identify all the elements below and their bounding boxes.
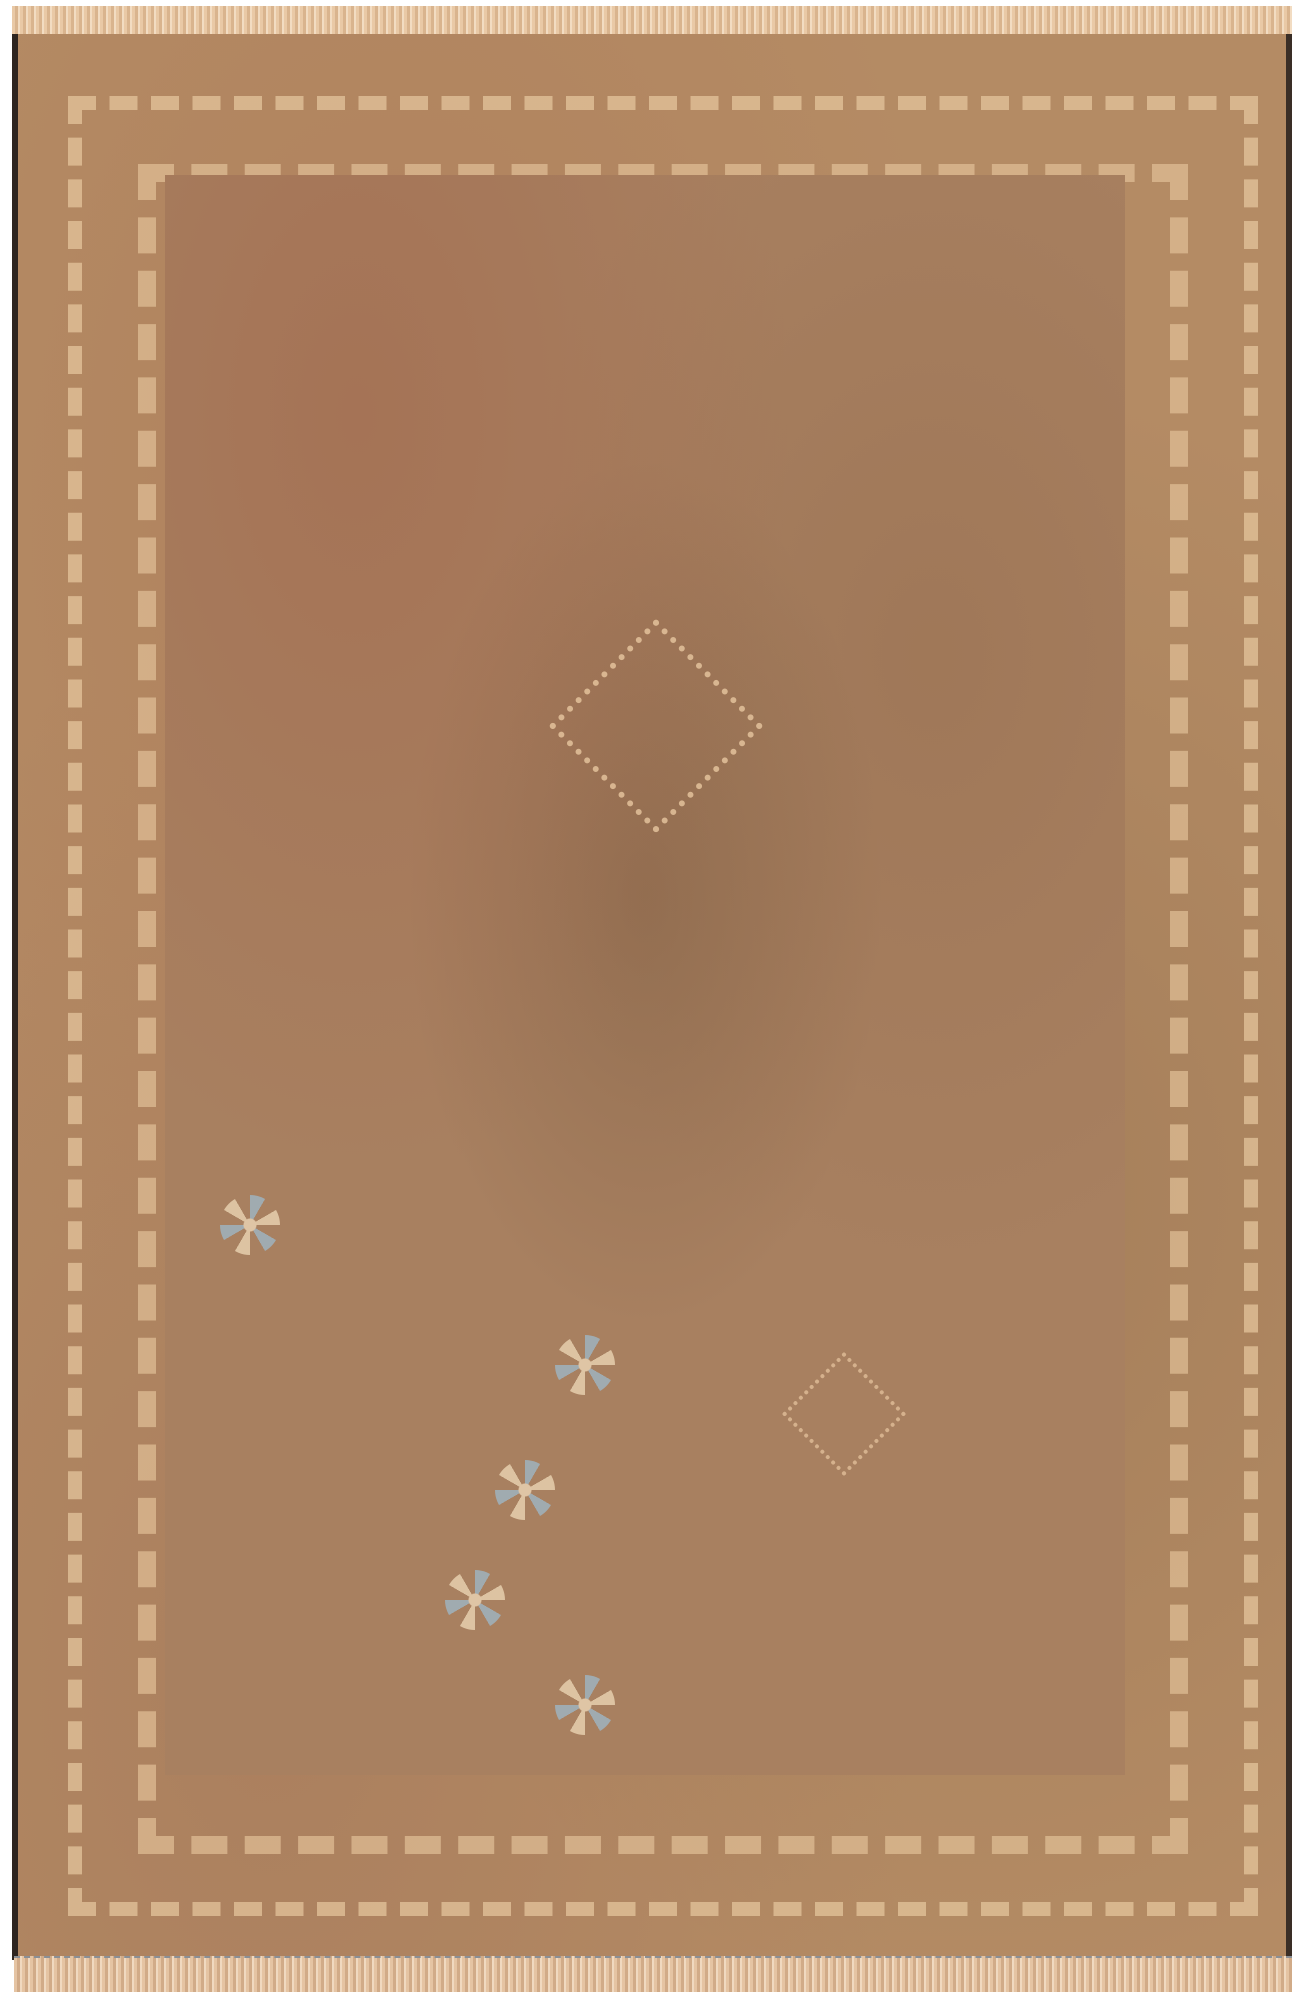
- flower-motif: [445, 1570, 505, 1630]
- flower-motif: [555, 1675, 615, 1735]
- bottom-fringe: [14, 1956, 1292, 1992]
- rug-field: [165, 175, 1125, 1775]
- flower-motif: [220, 1195, 280, 1255]
- rug-photo: [0, 0, 1303, 2000]
- flower-motif: [495, 1460, 555, 1520]
- flower-motif: [555, 1335, 615, 1395]
